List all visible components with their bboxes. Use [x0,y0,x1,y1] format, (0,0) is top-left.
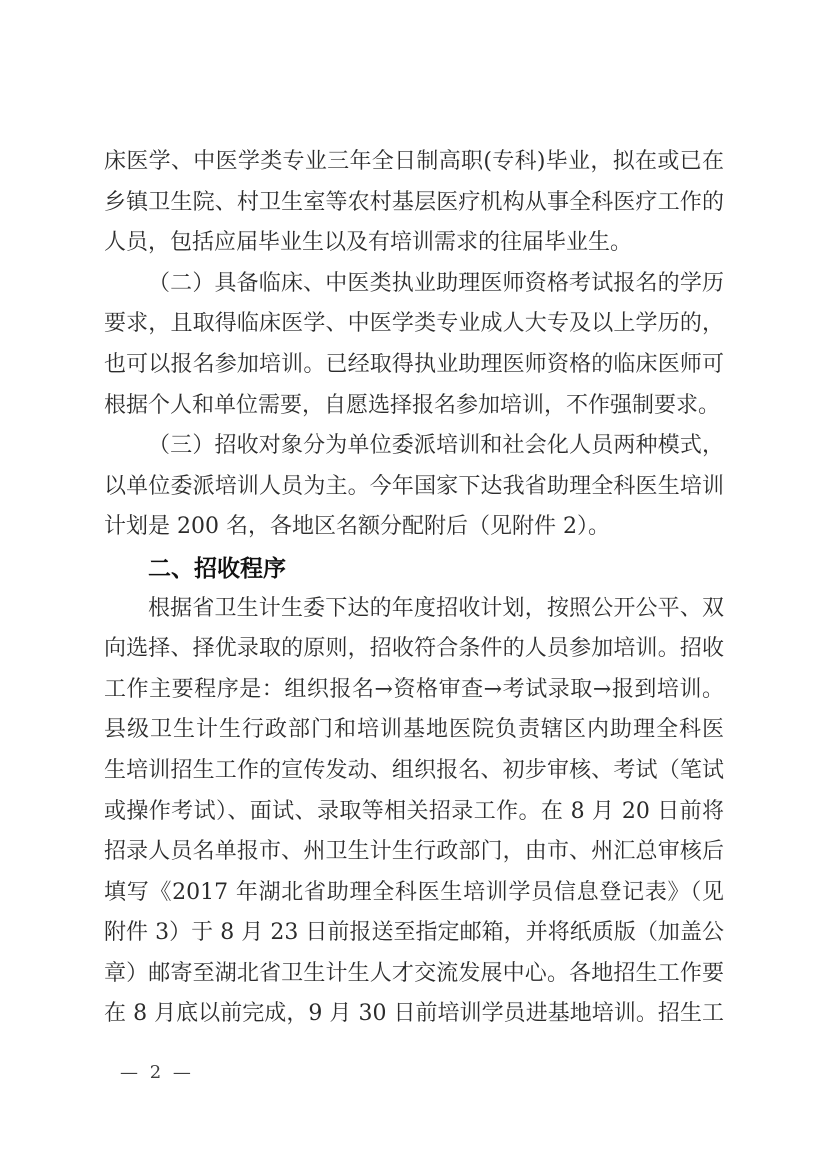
body-text-line: （三）招收对象分为单位委派培训和社会化人员两种模式， [104,426,724,467]
section-heading: 二、招收程序 [104,548,724,589]
page-number: — 2 — [120,1058,194,1088]
body-text-line: 招录人员名单报市、州卫生计生行政部门，由市、州汇总审核后 [104,832,724,873]
body-text-line: 根据个人和单位需要，自愿选择报名参加培训，不作强制要求。 [104,386,724,427]
body-text-line: 计划是 200 名，各地区名额分配附后（见附件 2）。 [104,507,724,548]
body-text-line: 床医学、中医学类专业三年全日制高职(专科)毕业，拟在或已在 [104,142,724,183]
body-text-line: 要求，且取得临床医学、中医学类专业成人大专及以上学历的， [104,304,724,345]
body-text-line: 乡镇卫生院、村卫生室等农村基层医疗机构从事全科医疗工作的 [104,183,724,224]
body-text-line: 县级卫生计生行政部门和培训基地医院负责辖区内助理全科医 [104,710,724,751]
body-text-line: 也可以报名参加培训。已经取得执业助理医师资格的临床医师可 [104,345,724,386]
body-text-line: 在 8 月底以前完成，9 月 30 日前培训学员进基地培训。招生工 [104,994,724,1035]
body-text-line: 章）邮寄至湖北省卫生计生人才交流发展中心。各地招生工作要 [104,954,724,995]
body-text-line: 以单位委派培训人员为主。今年国家下达我省助理全科医生培训 [104,467,724,508]
body-text-line: 向选择、择优录取的原则，招收符合条件的人员参加培训。招收 [104,629,724,670]
body-text-line: 附件 3）于 8 月 23 日前报送至指定邮箱，并将纸质版（加盖公 [104,913,724,954]
document-page: 床医学、中医学类专业三年全日制高职(专科)毕业，拟在或已在乡镇卫生院、村卫生室等… [0,0,826,1169]
body-text-line: 根据省卫生计生委下达的年度招收计划，按照公开公平、双 [104,589,724,630]
body-text-line: 或操作考试）、面试、录取等相关招录工作。在 8 月 20 日前将 [104,792,724,833]
body-text-line: 生培训招生工作的宣传发动、组织报名、初步审核、考试（笔试 [104,751,724,792]
body-text-line: 填写《2017 年湖北省助理全科医生培训学员信息登记表》（见 [104,873,724,914]
body-text-line: 人员，包括应届毕业生以及有培训需求的往届毕业生。 [104,223,724,264]
body-text-line: 工作主要程序是：组织报名→资格审查→考试录取→报到培训。 [104,670,724,711]
document-body: 床医学、中医学类专业三年全日制高职(专科)毕业，拟在或已在乡镇卫生院、村卫生室等… [104,142,724,1035]
body-text-line: （二）具备临床、中医类执业助理医师资格考试报名的学历 [104,264,724,305]
